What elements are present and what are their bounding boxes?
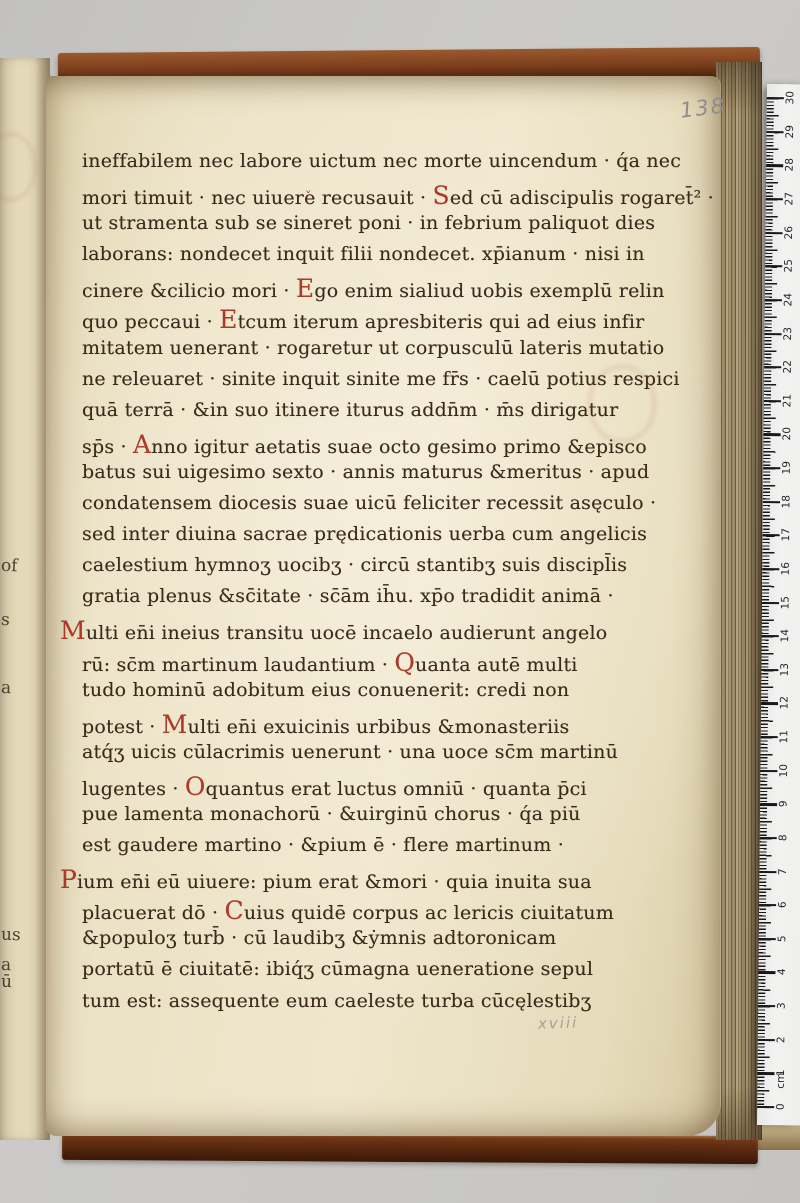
ink-text: rū: sc̄m martinum laudantium · [82, 654, 394, 676]
text-line-5: cinere &cilicio mori · Ego enim sialiud … [82, 274, 657, 305]
red-initial: M [60, 616, 86, 645]
ruler-cm-tick [759, 938, 776, 940]
facing-page-sliver: ofsausaū [0, 58, 50, 1140]
ruler-number: 12 [778, 693, 791, 713]
ink-text: atq́ʒ uicis cūlacrimis uenerunt · una uo… [82, 741, 618, 763]
ruler-cm-tick [761, 736, 778, 738]
ruler-cm-tick [764, 400, 781, 402]
ruler-cm-tick [759, 871, 776, 873]
text-line-13: sed inter diuina sacrae prędicationis ue… [82, 523, 657, 554]
ink-text: est gaudere martino · &pium ē · flere ma… [82, 834, 564, 856]
ink-text: ne releuaret · sinite inquit sinite me f… [82, 368, 680, 390]
ruler-cm-tick [766, 232, 783, 234]
ink-text: ed cū adiscipulis rogaret̄² · [450, 187, 714, 209]
ruler-number: 13 [779, 659, 792, 679]
verso-fragment: us [1, 925, 21, 946]
ruler-number: 16 [780, 559, 793, 579]
ink-text: batus sui uigesimo sexto · annis maturus… [82, 461, 649, 483]
ruler-number: 29 [784, 121, 797, 141]
ruler-cm-tick [758, 1005, 775, 1007]
ruler-number: 5 [776, 929, 789, 949]
text-line-12: condatensem diocesis suae uicū feliciter… [82, 492, 657, 523]
ruler-number: 23 [782, 323, 795, 343]
ink-text: laborans: nondecet inquit filii nondecet… [82, 243, 645, 265]
ink-text: ulti en̄i ineius transitu uocē incaelo a… [86, 622, 608, 644]
text-line-2: mori timuit · nec uiuere recusauit · Sed… [82, 181, 657, 212]
text-line-17: rū: sc̄m martinum laudantium · Quanta au… [82, 648, 657, 679]
ruler-number: 11 [778, 727, 791, 747]
verso-fragment: of [1, 556, 18, 577]
ruler-number: 14 [779, 626, 792, 646]
ruler-cm-tick [764, 433, 781, 435]
text-line-7: mitatem uenerant · rogaretur ut corpuscu… [82, 337, 657, 368]
text-line-3: ut stramenta sub se sineret poni · in fe… [82, 212, 657, 243]
ruler-number: 0 [775, 1097, 788, 1117]
ink-text: uanta autē multi [415, 654, 578, 676]
ruler-number: 9 [777, 794, 790, 814]
ruler-number: 6 [777, 895, 790, 915]
ruler-cm-tick [757, 1106, 774, 1108]
ruler-cm-tick [765, 299, 782, 301]
ruler-cm-tick [767, 97, 784, 99]
ink-text: quantus erat luctus omniū · quanta p̄ci [206, 778, 587, 800]
text-line-15: gratia plenus &sc̄itate · sc̄ām ih̄u. xp… [82, 585, 657, 616]
ruler-cm-tick [761, 702, 778, 704]
ruler-cm-tick [758, 971, 775, 973]
ink-text: tudo hominū adobitum eius conuenerit: cr… [82, 679, 569, 701]
ink-text: mori timuit · nec uiuere recusauit · [82, 187, 433, 209]
ink-text: gratia plenus &sc̄itate · sc̄ām ih̄u. xp… [82, 585, 614, 607]
ruler-cm-tick [762, 568, 779, 570]
ruler-number: 21 [781, 390, 794, 410]
text-line-22: pue lamenta monachorū · &uirginū chorus … [82, 803, 657, 834]
text-line-14: caelestium hymnoʒ uocibʒ · circū stantib… [82, 554, 657, 585]
ink-text: uius quidē corpus ac lericis ciuitatum [244, 902, 614, 924]
ink-text: ulti en̄i exuicinis urbibus &monasteriis [188, 716, 570, 738]
ink-text: pue lamenta monachorū · &uirginū chorus … [82, 803, 581, 825]
text-line-9: quā terrā · &in suo itinere iturus addn̄… [82, 399, 657, 430]
ruler-number: 27 [783, 189, 796, 209]
ruler-number: 8 [777, 828, 790, 848]
ink-text: sp̄s · [82, 436, 133, 458]
folio-number-pencil: 138 [679, 93, 728, 122]
ink-text: portatū ē ciuitatē: ibiq́ʒ cūmagna uener… [82, 958, 593, 980]
text-line-20: atq́ʒ uicis cūlacrimis uenerunt · una uo… [82, 741, 657, 772]
ruler-cm-tick [765, 333, 782, 335]
ruler-number: 17 [780, 525, 793, 545]
red-initial: S [433, 181, 450, 210]
ruler-unit-label: cm [775, 1070, 788, 1092]
red-correction-caret: ˇ [305, 190, 312, 205]
ink-text: potest · [82, 716, 162, 738]
ink-text: nno igitur aetatis suae octo gesimo prim… [151, 436, 647, 458]
ruler-cm-tick [762, 635, 779, 637]
ink-text: lugentes · [82, 778, 185, 800]
ruler-number: 24 [782, 290, 795, 310]
ink-text: ium en̄i eū uiuere: pium erat &mori · qu… [77, 871, 592, 893]
text-line-8: ne releuaret · sinite inquit sinite me f… [82, 368, 657, 399]
ink-text: placuerat dō · [82, 902, 225, 924]
ruler-cm-tick [763, 501, 780, 503]
ruler-cm-tick [765, 265, 782, 267]
ink-text: ut stramenta sub se sineret poni · in fe… [82, 212, 655, 234]
manuscript-photo-stage: ofsausaū 138 ineffabilem nec labore uict… [0, 0, 800, 1203]
text-line-4: laborans: nondecet inquit filii nondecet… [82, 243, 657, 274]
text-line-25: placuerat dō · Cuius quidē corpus ac ler… [82, 896, 657, 927]
ruler-number: 15 [779, 592, 792, 612]
text-line-19: potest · Multi en̄i exuicinis urbibus &m… [82, 710, 657, 741]
ink-text: condatensem diocesis suae uicū feliciter… [82, 492, 656, 514]
ruler-number: 25 [783, 256, 796, 276]
ink-text: caelestium hymnoʒ uocibʒ · circū stantib… [82, 554, 627, 576]
ruler-cm-tick [758, 1039, 775, 1041]
ruler-cm-tick [763, 534, 780, 536]
text-line-27: portatū ē ciuitatē: ibiq́ʒ cūmagna uener… [82, 958, 657, 989]
red-initial: P [60, 865, 77, 894]
ink-text: quo peccaui · [82, 311, 219, 333]
ruler-cm-tick [757, 1072, 774, 1074]
text-line-6: quo peccaui · Etcum iterum apresbiteris … [82, 305, 657, 336]
ruler-cm-tick [763, 467, 780, 469]
ruler-cm-tick [760, 770, 777, 772]
ruler-cm-tick [766, 164, 783, 166]
text-line-26: &populoʒ turb̄ · cū laudibʒ &ẏmnis adtor… [82, 927, 657, 958]
ruler-cm-tick [760, 837, 777, 839]
ruler-number: 18 [780, 491, 793, 511]
ink-text: cinere &cilicio mori · [82, 280, 296, 302]
manuscript-page: 138 ineffabilem nec labore uictum nec mo… [46, 76, 721, 1136]
ink-text: ineffabilem nec labore uictum nec morte … [82, 150, 681, 172]
text-line-18: tudo hominū adobitum eius conuenerit: cr… [82, 679, 657, 710]
manuscript-text-block: ineffabilem nec labore uictum nec morte … [82, 150, 657, 1021]
ruler-number: 3 [776, 996, 789, 1016]
ruler-cm-tick [762, 602, 779, 604]
ink-text: go enim sialiud uobis exemplū relin [314, 280, 664, 302]
text-line-21: lugentes · Oquantus erat luctus omniū · … [82, 772, 657, 803]
ruler-cm-tick [764, 366, 781, 368]
red-initial: O [185, 772, 206, 801]
ruler-cm-tick [767, 131, 784, 133]
text-line-16: Multi en̄i ineius transitu uocē incaelo … [60, 616, 657, 647]
red-initial: A [133, 430, 151, 459]
red-initial: M [162, 710, 188, 739]
ruler-number: 20 [781, 424, 794, 444]
ruler-cm-tick [760, 803, 777, 805]
verso-fragment: a [1, 678, 12, 698]
photographic-cm-ruler: 0123456789101112131415161718192021222324… [757, 84, 800, 1125]
ruler-number: 4 [776, 962, 789, 982]
text-line-1: ineffabilem nec labore uictum nec morte … [82, 150, 657, 181]
verso-fragment: ū [1, 972, 13, 992]
ruler-number: 2 [775, 1029, 788, 1049]
red-initial: C [225, 896, 244, 925]
ink-text: tum est: assequente eum caeleste turba c… [82, 990, 592, 1012]
ruler-number: 7 [777, 861, 790, 881]
book-fore-edge-pages [716, 62, 762, 1140]
quire-signature-pencil: xviii [538, 1013, 579, 1032]
ink-text: sed inter diuina sacrae prędicationis ue… [82, 523, 647, 545]
text-line-23: est gaudere martino · &pium ē · flere ma… [82, 834, 657, 865]
ink-text: tcum iterum apresbiteris qui ad eius inf… [238, 311, 645, 333]
text-line-11: batus sui uigesimo sexto · annis maturus… [82, 461, 657, 492]
red-initial: Q [394, 648, 415, 677]
ink-text: quā terrā · &in suo itinere iturus addn̄… [82, 399, 618, 421]
ink-text: &populoʒ turb̄ · cū laudibʒ &ẏmnis adtor… [82, 927, 556, 949]
ruler-number: 28 [784, 155, 797, 175]
ruler-number: 22 [782, 357, 795, 377]
verso-fragment: s [1, 610, 10, 630]
ruler-cm-tick [761, 669, 778, 671]
text-line-10: sp̄s · Anno igitur aetatis suae octo ges… [82, 430, 657, 461]
ruler-cm-tick [766, 198, 783, 200]
text-line-24: Pium en̄i eū uiuere: pium erat &mori · q… [60, 865, 657, 896]
red-initial: E [219, 305, 237, 334]
ink-text: mitatem uenerant · rogaretur ut corpuscu… [82, 337, 664, 359]
ruler-number: 19 [781, 458, 794, 478]
ruler-number: 30 [784, 88, 797, 108]
ruler-number: 10 [778, 760, 791, 780]
ruler-cm-tick [759, 904, 776, 906]
red-initial: E [296, 274, 314, 303]
ruler-number: 26 [783, 222, 796, 242]
ink-showthrough-circle-right [588, 365, 656, 443]
book-bottom-cover-edge [62, 1132, 758, 1164]
